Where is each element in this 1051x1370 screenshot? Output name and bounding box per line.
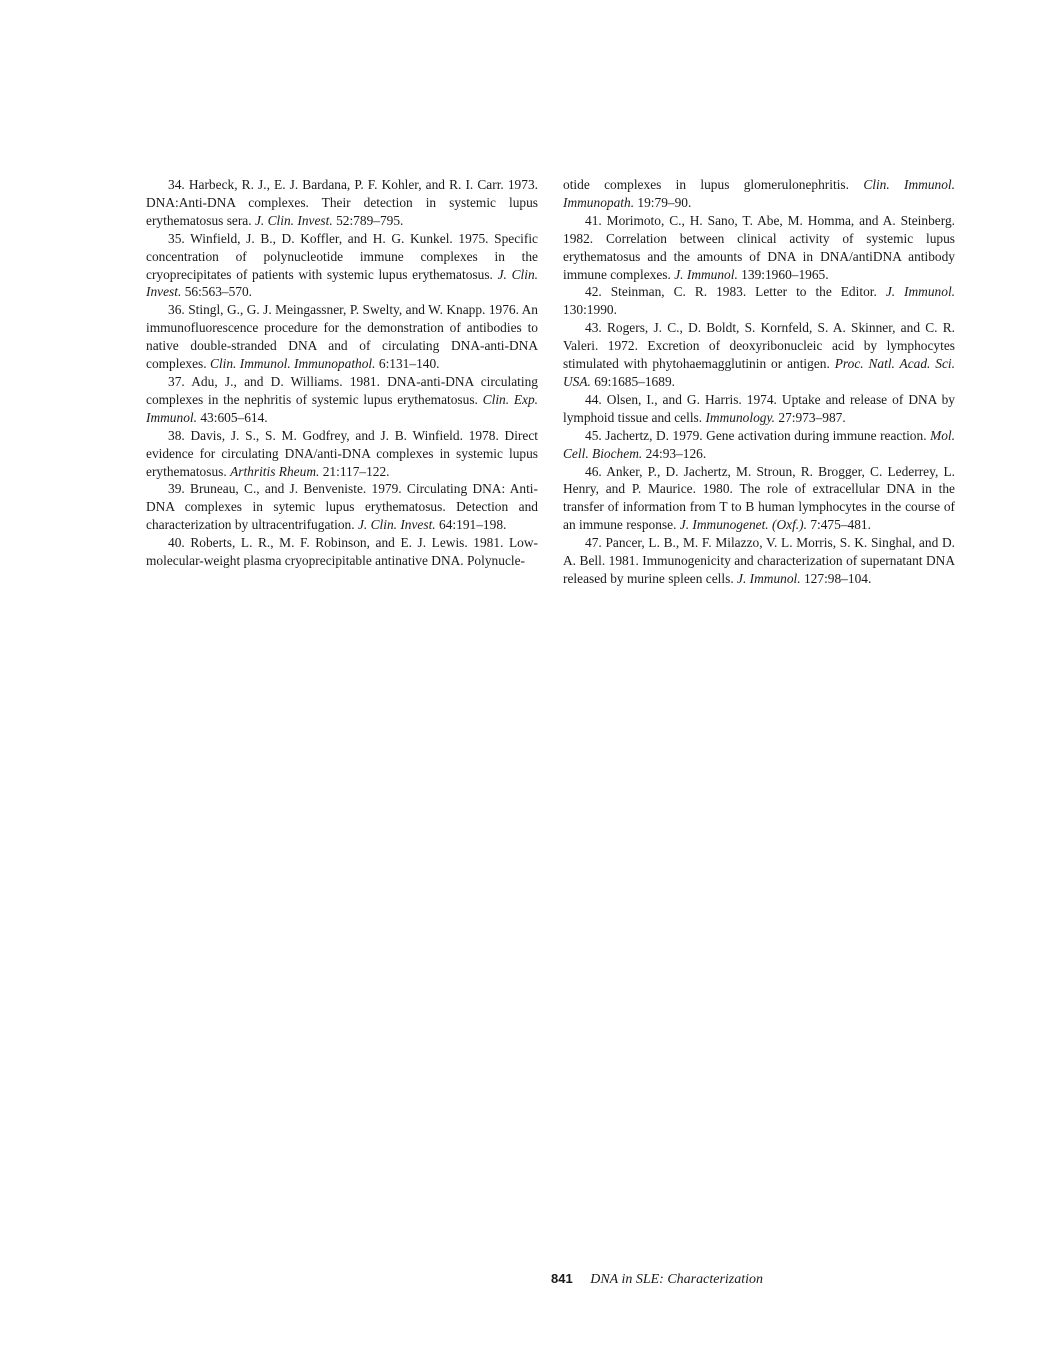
reference-number: 44. [585, 392, 602, 407]
reference-number: 39. [168, 481, 185, 496]
reference-number: 46. [585, 464, 602, 479]
reference-text: otide complexes in lupus glomerulonephri… [563, 177, 849, 192]
reference-item: 34. Harbeck, R. J., E. J. Bardana, P. F.… [146, 176, 538, 230]
reference-citation: 52:789–795. [336, 213, 403, 228]
reference-number: 40. [168, 535, 185, 550]
reference-number: 43. [585, 320, 602, 335]
reference-citation: 43:605–614. [200, 410, 267, 425]
reference-item: 47. Pancer, L. B., M. F. Milazzo, V. L. … [563, 534, 955, 588]
reference-item: 35. Winfield, J. B., D. Koffler, and H. … [146, 230, 538, 302]
reference-citation: 21:117–122. [323, 464, 390, 479]
reference-journal: J. Immunol. [886, 284, 955, 299]
reference-citation: 27:973–987. [778, 410, 845, 425]
reference-item: 37. Adu, J., and D. Williams. 1981. DNA-… [146, 373, 538, 427]
reference-item: 45. Jachertz, D. 1979. Gene activation d… [563, 427, 955, 463]
reference-journal: J. Immunol. [674, 267, 738, 282]
reference-number: 45. [585, 428, 602, 443]
reference-citation: 7:475–481. [810, 517, 871, 532]
reference-citation: 19:79–90. [637, 195, 691, 210]
reference-item: 44. Olsen, I., and G. Harris. 1974. Upta… [563, 391, 955, 427]
reference-text: Adu, J., and D. Williams. 1981. DNA-anti… [146, 374, 538, 407]
reference-column-right: otide complexes in lupus glomerulonephri… [563, 176, 955, 588]
page-number: 841 [551, 1271, 573, 1286]
reference-item: 38. Davis, J. S., S. M. Godfrey, and J. … [146, 427, 538, 481]
reference-item-continued: otide complexes in lupus glomerulonephri… [563, 176, 955, 212]
reference-citation: 139:1960–1965. [741, 267, 828, 282]
reference-item: 40. Roberts, L. R., M. F. Robinson, and … [146, 534, 538, 570]
reference-number: 36. [168, 302, 185, 317]
reference-text: Roberts, L. R., M. F. Robinson, and E. J… [146, 535, 538, 568]
reference-citation: 24:93–126. [646, 446, 707, 461]
page-footer: 841 DNA in SLE: Characterization [551, 1271, 763, 1288]
reference-citation: 130:1990. [563, 302, 617, 317]
reference-number: 38. [168, 428, 185, 443]
reference-number: 47. [585, 535, 602, 550]
reference-number: 41. [585, 213, 602, 228]
reference-item: 36. Stingl, G., G. J. Meingassner, P. Sw… [146, 301, 538, 373]
reference-number: 34. [168, 177, 185, 192]
reference-number: 37. [168, 374, 185, 389]
reference-citation: 56:563–570. [185, 284, 252, 299]
reference-journal: Clin. Immunol. Immunopathol. [210, 356, 376, 371]
reference-journal: J. Immunol. [737, 571, 801, 586]
reference-number: 42. [585, 284, 602, 299]
reference-text: Winfield, J. B., D. Koffler, and H. G. K… [146, 231, 538, 282]
reference-journal: Immunology. [705, 410, 775, 425]
reference-journal: J. Clin. Invest. [255, 213, 333, 228]
reference-citation: 64:191–198. [439, 517, 506, 532]
reference-item: 43. Rogers, J. C., D. Boldt, S. Kornfeld… [563, 319, 955, 391]
reference-text: Steinman, C. R. 1983. Letter to the Edit… [611, 284, 877, 299]
reference-item: 46. Anker, P., D. Jachertz, M. Stroun, R… [563, 463, 955, 535]
reference-column-left: 34. Harbeck, R. J., E. J. Bardana, P. F.… [146, 176, 538, 570]
running-title: DNA in SLE: Characterization [590, 1272, 763, 1287]
reference-citation: 6:131–140. [379, 356, 440, 371]
reference-item: 42. Steinman, C. R. 1983. Letter to the … [563, 283, 955, 319]
reference-journal: Arthritis Rheum. [230, 464, 319, 479]
reference-journal: J. Clin. Invest. [358, 517, 436, 532]
reference-journal: J. Immunogenet. (Oxf.). [680, 517, 807, 532]
reference-citation: 127:98–104. [804, 571, 871, 586]
reference-item: 39. Bruneau, C., and J. Benveniste. 1979… [146, 480, 538, 534]
reference-number: 35. [168, 231, 185, 246]
reference-citation: 69:1685–1689. [594, 374, 675, 389]
reference-text: Jachertz, D. 1979. Gene activation durin… [605, 428, 926, 443]
reference-item: 41. Morimoto, C., H. Sano, T. Abe, M. Ho… [563, 212, 955, 284]
